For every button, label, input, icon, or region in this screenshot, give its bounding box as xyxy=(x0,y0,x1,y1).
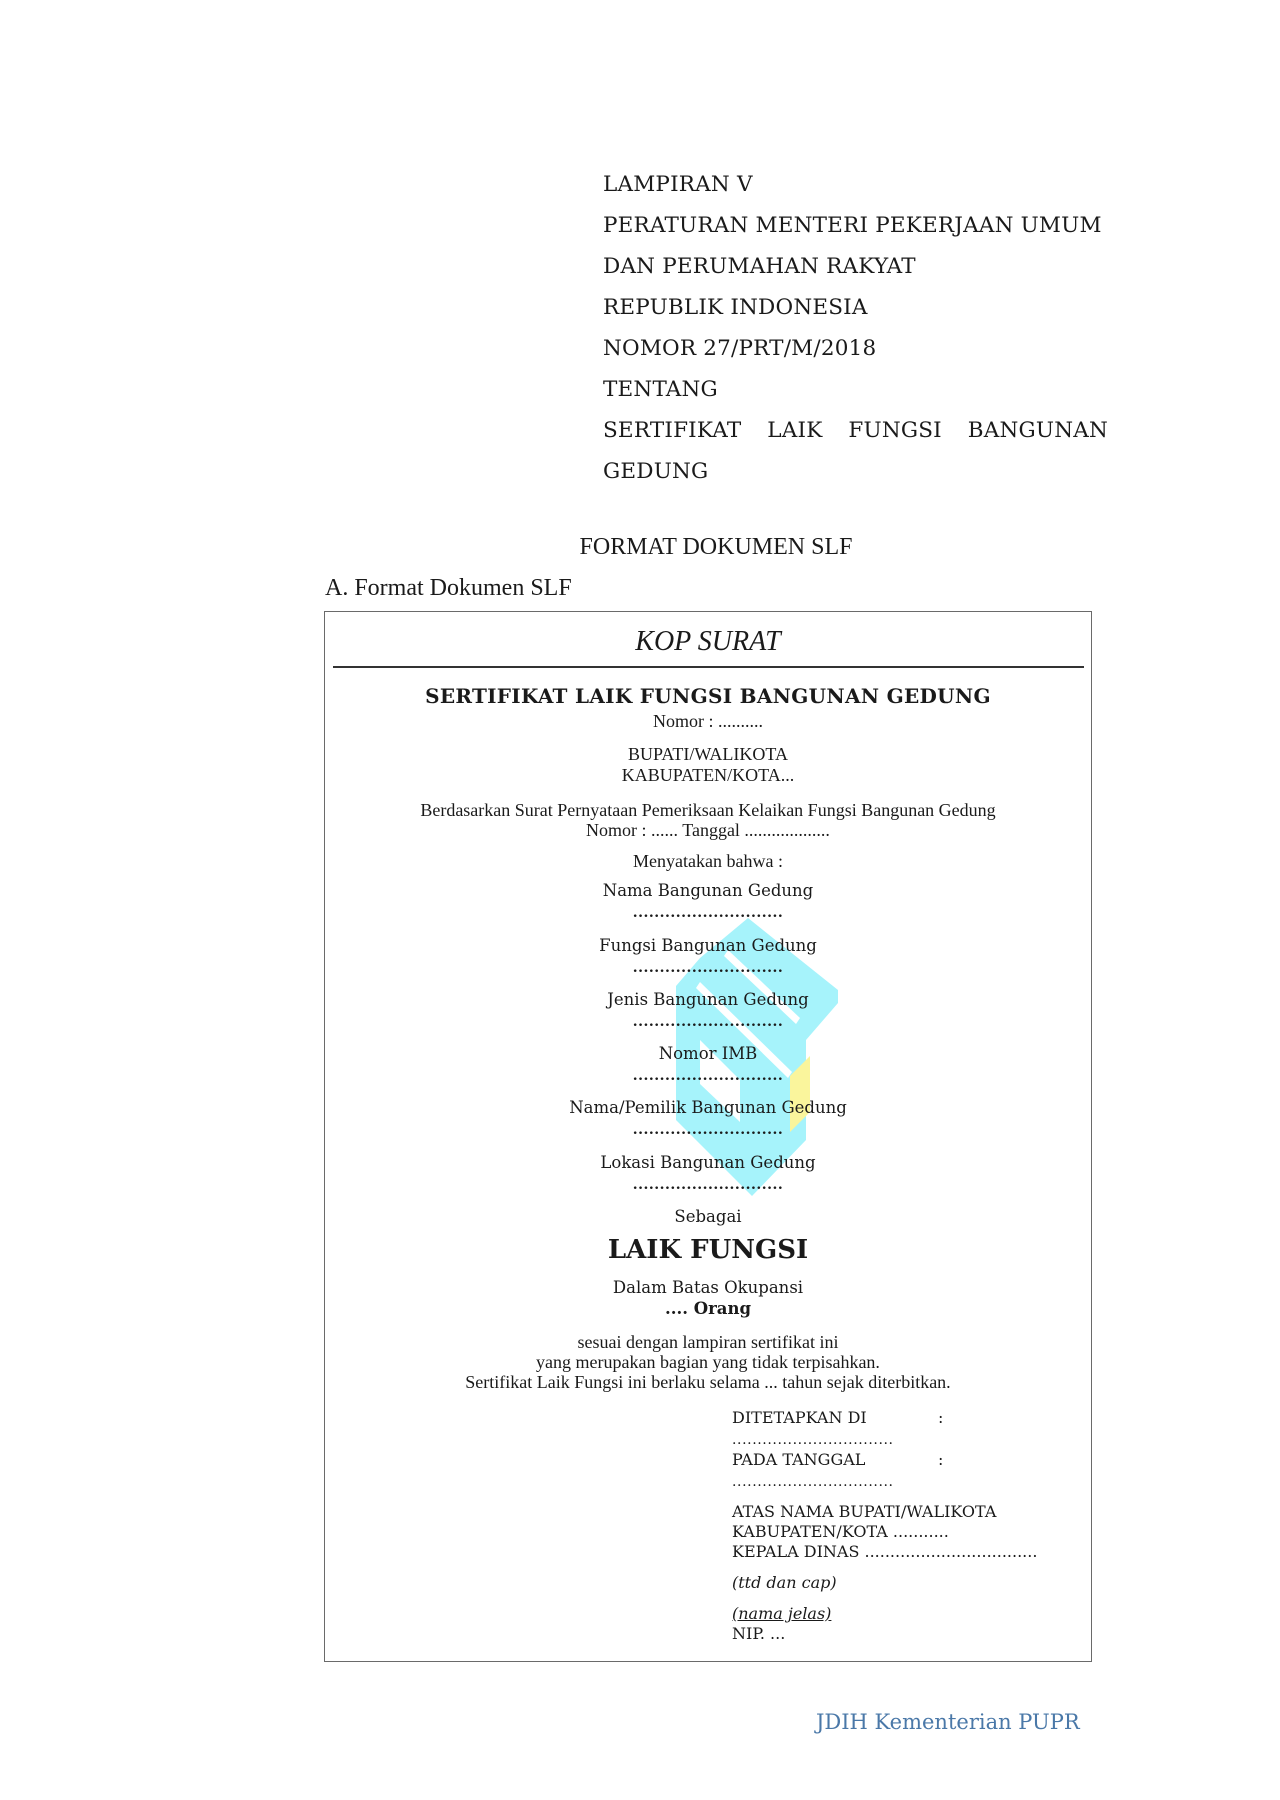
certificate-status: LAIK FUNGSI xyxy=(324,1235,1092,1265)
header-word: SERTIFIKAT xyxy=(603,410,741,451)
place-value: ................................ xyxy=(732,1430,1037,1450)
field-label: Nomor IMB xyxy=(324,1044,1092,1063)
field-label: Jenis Bangunan Gedung xyxy=(324,990,1092,1009)
sign-stamp-placeholder: (ttd dan cap) xyxy=(732,1573,1037,1604)
basis-line: Berdasarkan Surat Pernyataan Pemeriksaan… xyxy=(324,800,1092,821)
field-value: ............................ xyxy=(324,960,1092,976)
letterhead-placeholder: KOP SURAT xyxy=(325,626,1091,658)
header-line: PERATURAN MENTERI PEKERJAAN UMUM xyxy=(603,205,1108,246)
date-label: PADA TANGGAL xyxy=(732,1450,865,1469)
section-heading: A. Format Dokumen SLF xyxy=(325,575,572,602)
regency-line: KABUPATEN/KOTA ........... xyxy=(732,1522,1037,1542)
field-value: ............................ xyxy=(324,1068,1092,1084)
note-line: yang merupakan bagian yang tidak terpisa… xyxy=(324,1352,1092,1373)
field-label: Lokasi Bangunan Gedung xyxy=(324,1153,1092,1172)
footer-source: JDIH Kementerian PUPR xyxy=(816,1710,1080,1734)
header-word: LAIK xyxy=(767,410,822,451)
header-line: GEDUNG xyxy=(603,451,1108,492)
certificate-title: SERTIFIKAT LAIK FUNGSI BANGUNAN GEDUNG xyxy=(324,684,1092,708)
header-word: FUNGSI xyxy=(848,410,941,451)
date-colon: : xyxy=(938,1450,943,1470)
header-line: REPUBLIK INDONESIA xyxy=(603,287,1108,328)
letterhead-divider xyxy=(333,666,1084,668)
on-behalf-line: ATAS NAMA BUPATI/WALIKOTA xyxy=(732,1502,1037,1522)
head-line: KEPALA DINAS ...........................… xyxy=(732,1542,1037,1573)
occupancy-label: Dalam Batas Okupansi xyxy=(324,1278,1092,1297)
field-value: ............................ xyxy=(324,1122,1092,1138)
format-title: FORMAT DOKUMEN SLF xyxy=(0,534,1280,561)
as-text: Sebagai xyxy=(324,1207,1092,1226)
full-name-placeholder: (nama jelas) xyxy=(732,1604,1037,1624)
header-word: BANGUNAN xyxy=(968,410,1108,451)
regulation-header: LAMPIRAN V PERATURAN MENTERI PEKERJAAN U… xyxy=(603,164,1108,492)
header-line: NOMOR 27/PRT/M/2018 xyxy=(603,328,1108,369)
field-value: ............................ xyxy=(324,1014,1092,1030)
header-line: LAMPIRAN V xyxy=(603,164,1108,205)
header-line: DAN PERUMAHAN RAKYAT xyxy=(603,246,1108,287)
field-label: Nama/Pemilik Bangunan Gedung xyxy=(324,1098,1092,1117)
issuer-line: BUPATI/WALIKOTA xyxy=(324,744,1092,765)
basis-line: Nomor : ...... Tanggal .................… xyxy=(324,820,1092,841)
issuer-line: KABUPATEN/KOTA... xyxy=(324,765,1092,786)
certificate-number: Nomor : .......... xyxy=(324,711,1092,732)
note-line: Sertifikat Laik Fungsi ini berlaku selam… xyxy=(324,1372,1092,1393)
nip-line: NIP. ... xyxy=(732,1624,1037,1644)
note-line: sesuai dengan lampiran sertifikat ini xyxy=(324,1332,1092,1353)
header-line: TENTANG xyxy=(603,369,1108,410)
field-value: ............................ xyxy=(324,1177,1092,1193)
date-value: ................................ xyxy=(732,1472,1037,1502)
field-label: Nama Bangunan Gedung xyxy=(324,881,1092,900)
occupancy-value: .... Orang xyxy=(324,1299,1092,1318)
place-label: DITETAPKAN DI xyxy=(732,1408,867,1427)
declaration-text: Menyatakan bahwa : xyxy=(324,851,1092,872)
field-value: ............................ xyxy=(324,905,1092,921)
field-label: Fungsi Bangunan Gedung xyxy=(324,936,1092,955)
signature-block: DITETAPKAN DI : ........................… xyxy=(732,1408,1037,1644)
place-colon: : xyxy=(938,1408,943,1428)
header-justified-line: SERTIFIKAT LAIK FUNGSI BANGUNAN xyxy=(603,410,1108,451)
